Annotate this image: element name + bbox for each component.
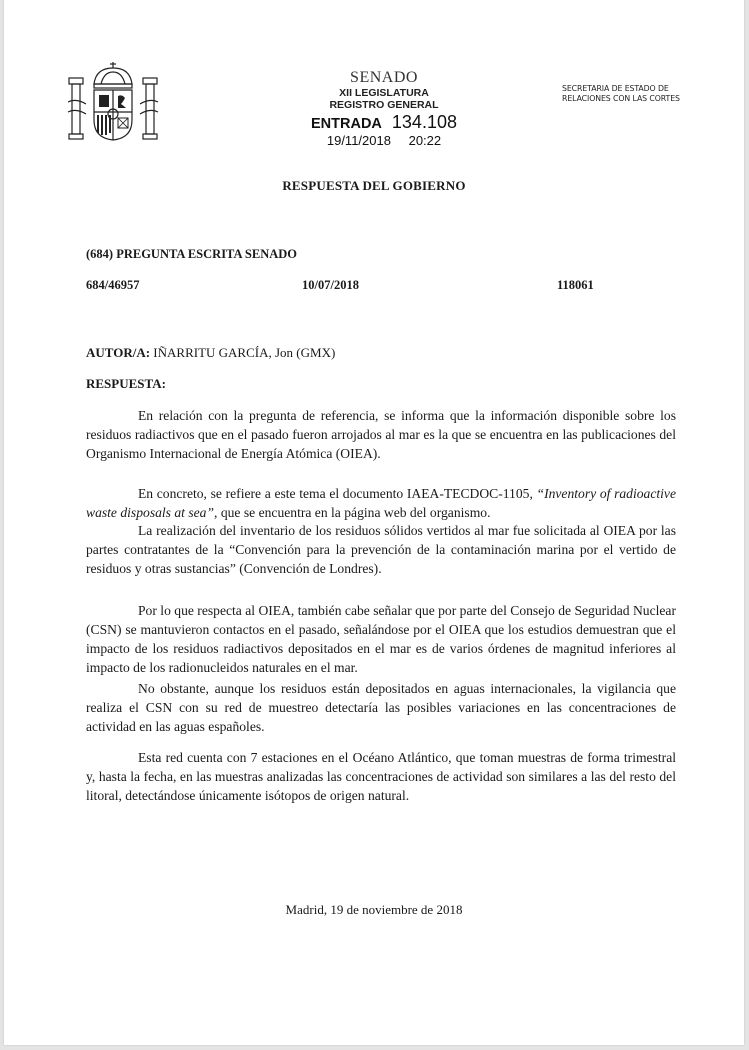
stamp-entry-number: 134.108 (392, 112, 457, 132)
answer-paragraph-5: No obstante, aunque los residuos están d… (86, 679, 676, 736)
document-page: SENADO XII LEGISLATURA REGISTRO GENERAL … (4, 0, 744, 1045)
stamp-datetime: 19/11/2018 20:22 (294, 134, 474, 147)
stamp-entry-label: ENTRADA (311, 116, 382, 132)
department-line-2: RELACIONES CON LAS CORTES (562, 94, 712, 104)
author-name: IÑARRITU GARCÍA, Jon (GMX) (153, 345, 335, 360)
answer-paragraph-2: En concreto, se refiere a este tema el d… (86, 484, 676, 522)
stamp-time: 20:22 (409, 133, 442, 148)
answer-paragraph-3: La realización del inventario de los res… (86, 521, 676, 578)
author-line: AUTOR/A: IÑARRITU GARCÍA, Jon (GMX) (86, 345, 335, 361)
answer-label: RESPUESTA: (86, 376, 166, 392)
answer-paragraph-1: En relación con la pregunta de referenci… (86, 406, 676, 463)
registry-number: 118061 (557, 278, 594, 293)
spain-coat-of-arms-icon (66, 62, 166, 142)
reference-number: 684/46957 (86, 278, 139, 293)
department-line-1: SECRETARIA DE ESTADO DE (562, 84, 712, 94)
stamp-date: 19/11/2018 (327, 133, 391, 148)
stamp-legislature: XII LEGISLATURA (294, 88, 474, 99)
stamp-registry: REGISTRO GENERAL (294, 100, 474, 111)
question-type: (684) PREGUNTA ESCRITA SENADO (86, 247, 297, 262)
stamp-entry-row: ENTRADA 134.108 (294, 113, 474, 132)
paragraph-2-text-after: , que se encuentra en la página web del … (214, 505, 490, 520)
author-label: AUTOR/A: (86, 345, 150, 360)
closing-place-date: Madrid, 19 de noviembre de 2018 (4, 902, 744, 918)
document-title: RESPUESTA DEL GOBIERNO (4, 178, 744, 194)
paragraph-2-text-before: En concreto, se refiere a este tema el d… (138, 486, 537, 501)
answer-paragraph-6: Esta red cuenta con 7 estaciones en el O… (86, 748, 676, 805)
registry-stamp: SENADO XII LEGISLATURA REGISTRO GENERAL … (294, 70, 474, 147)
answer-paragraph-4: Por lo que respecta al OIEA, también cab… (86, 601, 676, 677)
reference-date: 10/07/2018 (302, 278, 359, 293)
stamp-institution: SENADO (294, 70, 474, 86)
department-name: SECRETARIA DE ESTADO DE RELACIONES CON L… (562, 84, 712, 104)
